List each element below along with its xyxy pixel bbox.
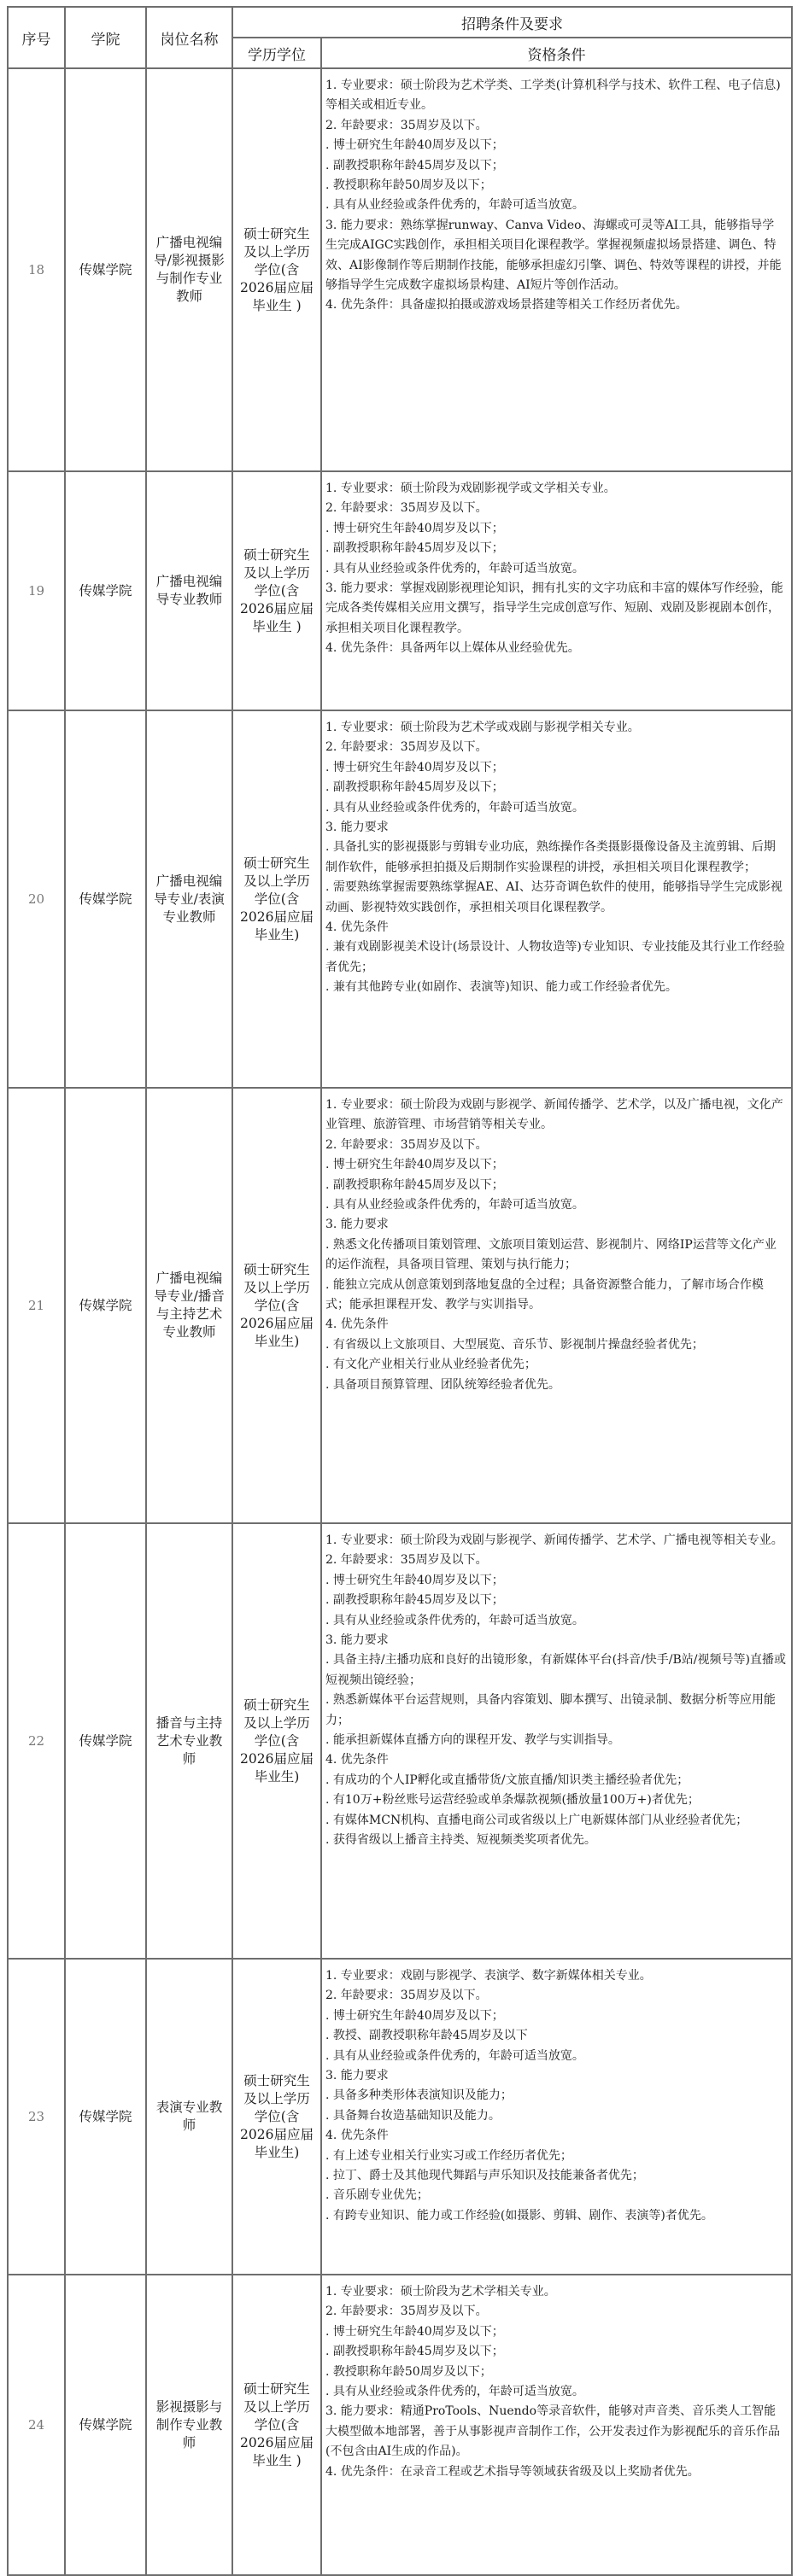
qualification-line: . 博士研究生年龄40周岁及以下； (325, 758, 786, 778)
qualification-line: . 副教授职称年龄45周岁及以下； (325, 1176, 786, 1195)
qualification-line: . 有10万+粉丝账号运营经验或单条爆款视频(播放量100万+)者优先； (325, 1790, 786, 1810)
qualification-line: 2. 年龄要求：35周岁及以下。 (325, 1136, 786, 1155)
qualification-line: . 教授职称年龄50周岁及以下； (325, 2363, 786, 2382)
qualification-line: . 具备项目预算管理、团队统筹经验者优先。 (325, 1376, 786, 1395)
qualification-line: . 获得省级以上播音主持类、短视频类奖项者优先。 (325, 1831, 786, 1850)
qualification-line: . 副教授职称年龄45周岁及以下； (325, 1591, 786, 1610)
qualification-line: 1. 专业要求：硕士阶段为艺术学或戏剧与影视学相关专业。 (325, 718, 786, 738)
qualification-line: . 博士研究生年龄40周岁及以下； (325, 2006, 786, 2026)
qualification-line: . 副教授职称年龄45周岁及以下； (325, 778, 786, 797)
qualification-line: 3. 能力要求 (325, 818, 786, 838)
qualification-line: 2. 年龄要求：35周岁及以下。 (325, 1551, 786, 1570)
qualification-line: . 博士研究生年龄40周岁及以下； (325, 1155, 786, 1175)
qualifications-cell: 1. 专业要求：硕士阶段为戏剧与影视学、新闻传播学、艺术学，以及广播电视，文化产… (321, 1088, 792, 1523)
qualification-line: 4. 优先条件 (325, 918, 786, 938)
qualification-line: . 需要熟练掌握需要熟练掌握AE、AI、达芬奇调色软件的使用，能够指导学生完成影… (325, 878, 786, 918)
qualification-line: . 具备多种类形体表演知识及能力； (325, 2086, 786, 2106)
qualification-line: 2. 年龄要求：35周岁及以下。 (325, 2302, 786, 2322)
education-cell: 硕士研究生及以上学历学位(含2026届应届毕业生 ) (232, 68, 321, 471)
qualification-line: . 有跨专业知识、能力或工作经验(如摄影、剪辑、剧作、表演等)者优先。 (325, 2206, 786, 2226)
qualification-line: 1. 专业要求：硕士阶段为艺术学相关专业。 (325, 2282, 786, 2302)
qualification-line: 1. 专业要求：硕士阶段为戏剧与影视学、新闻传播学、艺术学，以及广播电视，文化产… (325, 1095, 786, 1136)
qualification-line: . 具有从业经验或条件优秀的，年龄可适当放宽。 (325, 196, 786, 215)
college-cell: 传媒学院 (65, 2275, 146, 2534)
seq-cell: 18 (8, 68, 65, 471)
qualification-line: . 具备舞台妆造基础知识及能力。 (325, 2106, 786, 2126)
seq-cell: 23 (8, 1959, 65, 2275)
education-cell: 硕士研究生及以上学历学位(含2026届应届毕业生) (232, 710, 321, 1088)
qualification-line: 3. 能力要求：掌握戏剧影视理论知识，拥有扎实的文字功底和丰富的媒体写作经验，能… (325, 579, 786, 639)
qualification-line: . 博士研究生年龄40周岁及以下； (325, 2322, 786, 2342)
college-cell: 传媒学院 (65, 1088, 146, 1523)
qualification-line: . 副教授职称年龄45周岁及以下； (325, 2342, 786, 2362)
position-cell: 广播电视编导专业/播音与主持艺术专业教师 (146, 1088, 232, 1523)
education-cell: 硕士研究生及以上学历学位(含2026届应届毕业生) (232, 1959, 321, 2275)
table-row: 20传媒学院广播电视编导专业/表演专业教师硕士研究生及以上学历学位(含2026届… (8, 710, 792, 1088)
qualification-line: . 副教授职称年龄45周岁及以下； (325, 539, 786, 558)
table-row: 22传媒学院播音与主持艺术专业教师硕士研究生及以上学历学位(含2026届应届毕业… (8, 1523, 792, 1959)
college-cell: 传媒学院 (65, 68, 146, 471)
qualification-line: . 教授职称年龄50周岁及以下； (325, 176, 786, 196)
education-cell: 硕士研究生及以上学历学位(含2026届应届毕业生 ) (232, 2275, 321, 2534)
qualifications-cell: 1. 专业要求：硕士阶段为戏剧与影视学、新闻传播学、艺术学、广播电视等相关专业。… (321, 1523, 792, 1959)
qualification-line: . 具有从业经验或条件优秀的，年龄可适当放宽。 (325, 798, 786, 818)
qualifications-cell: 1. 专业要求：硕士阶段为戏剧影视学或文学相关专业。2. 年龄要求：35周岁及以… (321, 471, 792, 710)
qualification-line: 3. 能力要求 (325, 1631, 786, 1650)
qualification-line: 1. 专业要求：戏剧与影视学、表演学、数字新媒体相关专业。 (325, 1966, 786, 1986)
recruitment-table-container: 序号 学院 岗位名称 招聘条件及要求 学历学位 资格条件 18传媒学院广播电视编… (7, 6, 793, 2534)
qualification-line: . 熟悉文化传播项目策划管理、文旅项目策划运营、影视制片、网络IP运营等文化产业… (325, 1235, 786, 1276)
qualification-line: 4. 优先条件：在录音工程或艺术指导等领域获省级及以上奖励者优先。 (325, 2462, 786, 2482)
qualifications-cell: 1. 专业要求：硕士阶段为艺术学类、工学类(计算机科学与技术、软件工程、电子信息… (321, 68, 792, 471)
seq-cell: 21 (8, 1088, 65, 1523)
qualification-line: . 博士研究生年龄40周岁及以下； (325, 136, 786, 155)
qualifications-cell: 1. 专业要求：戏剧与影视学、表演学、数字新媒体相关专业。2. 年龄要求：35周… (321, 1959, 792, 2275)
college-cell: 传媒学院 (65, 710, 146, 1088)
qualification-line: . 能独立完成从创意策划到落地复盘的全过程；具备资源整合能力，了解市场合作模式；… (325, 1276, 786, 1316)
qualification-line: 2. 年龄要求：35周岁及以下。 (325, 738, 786, 757)
seq-cell: 20 (8, 710, 65, 1088)
table-row: 24传媒学院影视摄影与制作专业教师硕士研究生及以上学历学位(含2026届应届毕业… (8, 2275, 792, 2534)
position-cell: 影视摄影与制作专业教师 (146, 2275, 232, 2534)
qualification-line: . 有文化产业相关行业从业经验者优先； (325, 1355, 786, 1375)
education-cell: 硕士研究生及以上学历学位(含2026届应届毕业生) (232, 1088, 321, 1523)
qualification-line: . 教授、副教授职称年龄45周岁及以下 (325, 2026, 786, 2046)
qualification-line: . 有省级以上文旅项目、大型展览、音乐节、影视制片操盘经验者优先； (325, 1335, 786, 1355)
qualification-line: . 具有从业经验或条件优秀的，年龄可适当放宽。 (325, 1195, 786, 1215)
seq-cell: 24 (8, 2275, 65, 2534)
position-cell: 播音与主持艺术专业教师 (146, 1523, 232, 1959)
qualification-line: 2. 年龄要求：35周岁及以下。 (325, 499, 786, 518)
qualification-line: 3. 能力要求 (325, 2066, 786, 2086)
college-cell: 传媒学院 (65, 1959, 146, 2275)
qualification-line: . 能承担新媒体直播方向的课程开发、教学与实训指导。 (325, 1731, 786, 1750)
qualification-line: . 有媒体MCN机构、直播电商公司或省级以上广电新媒体部门从业经验者优先； (325, 1811, 786, 1831)
qualification-line: 3. 能力要求：熟练掌握runway、Canva Video、海螺或可灵等AI工… (325, 216, 786, 296)
header-position: 岗位名称 (146, 7, 232, 68)
position-cell: 广播电视编导专业/表演专业教师 (146, 710, 232, 1088)
table-row: 18传媒学院广播电视编导/影视摄影与制作专业教师硕士研究生及以上学历学位(含20… (8, 68, 792, 471)
qualification-line: . 具有从业经验或条件优秀的，年龄可适当放宽。 (325, 1611, 786, 1631)
position-cell: 表演专业教师 (146, 1959, 232, 2275)
table-row: 19传媒学院广播电视编导专业教师硕士研究生及以上学历学位(含2026届应届毕业生… (8, 471, 792, 710)
qualification-line: . 博士研究生年龄40周岁及以下； (325, 519, 786, 539)
qualification-line: . 音乐剧专业优先； (325, 2186, 786, 2205)
qualification-line: . 熟悉新媒体平台运营规则，具备内容策划、脚本撰写、出镜录制、数据分析等应用能力… (325, 1691, 786, 1731)
qualification-line: . 兼有其他跨专业(如剧作、表演等)知识、能力或工作经验者优先。 (325, 978, 786, 997)
qualification-line: 4. 优先条件：具备两年以上媒体从业经验优先。 (325, 639, 786, 658)
qualification-line: 3. 能力要求 (325, 1215, 786, 1235)
education-cell: 硕士研究生及以上学历学位(含2026届应届毕业生) (232, 1523, 321, 1959)
qualification-line: 4. 优先条件：具备虚拟拍摄或游戏场景搭建等相关工作经历者优先。 (325, 295, 786, 315)
recruitment-table: 序号 学院 岗位名称 招聘条件及要求 学历学位 资格条件 18传媒学院广播电视编… (7, 6, 793, 2534)
qualifications-cell: 1. 专业要求：硕士阶段为艺术学或戏剧与影视学相关专业。2. 年龄要求：35周岁… (321, 710, 792, 1088)
position-cell: 广播电视编导/影视摄影与制作专业教师 (146, 68, 232, 471)
header-qualifications: 资格条件 (321, 38, 792, 68)
qualification-line: . 有上述专业相关行业实习或工作经历者优先； (325, 2147, 786, 2166)
header-seq: 序号 (8, 7, 65, 68)
qualification-line: . 拉丁、爵士及其他现代舞蹈与声乐知识及技能兼备者优先； (325, 2166, 786, 2186)
table-row: 23传媒学院表演专业教师硕士研究生及以上学历学位(含2026届应届毕业生)1. … (8, 1959, 792, 2275)
qualification-line: . 有成功的个人IP孵化或直播带货/文旅直播/知识类主播经验者优先； (325, 1771, 786, 1790)
table-body: 18传媒学院广播电视编导/影视摄影与制作专业教师硕士研究生及以上学历学位(含20… (8, 68, 792, 2534)
qualification-line: . 副教授职称年龄45周岁及以下； (325, 156, 786, 176)
qualification-line: 2. 年龄要求：35周岁及以下。 (325, 1986, 786, 2006)
seq-cell: 22 (8, 1523, 65, 1959)
qualification-line: 4. 优先条件 (325, 2126, 786, 2146)
header-college: 学院 (65, 7, 146, 68)
qualification-line: . 具有从业经验或条件优秀的，年龄可适当放宽。 (325, 559, 786, 579)
education-cell: 硕士研究生及以上学历学位(含2026届应届毕业生 ) (232, 471, 321, 710)
college-cell: 传媒学院 (65, 1523, 146, 1959)
table-row: 21传媒学院广播电视编导专业/播音与主持艺术专业教师硕士研究生及以上学历学位(含… (8, 1088, 792, 1523)
qualification-line: . 兼有戏剧影视美术设计(场景设计、人物妆造等)专业知识、专业技能及其行业工作经… (325, 938, 786, 978)
qualification-line: 1. 专业要求：硕士阶段为戏剧影视学或文学相关专业。 (325, 479, 786, 499)
header-requirements-group: 招聘条件及要求 (232, 7, 792, 38)
qualification-line: . 具有从业经验或条件优秀的，年龄可适当放宽。 (325, 2382, 786, 2402)
position-cell: 广播电视编导专业教师 (146, 471, 232, 710)
qualification-line: 4. 优先条件 (325, 1315, 786, 1335)
qualification-line: 3. 能力要求：精通ProTools、Nuendo等录音软件，能够对声音类、音乐… (325, 2402, 786, 2462)
college-cell: 传媒学院 (65, 471, 146, 710)
seq-cell: 19 (8, 471, 65, 710)
qualification-line: 1. 专业要求：硕士阶段为戏剧与影视学、新闻传播学、艺术学、广播电视等相关专业。 (325, 1531, 786, 1551)
qualification-line: . 具有从业经验或条件优秀的，年龄可适当放宽。 (325, 2047, 786, 2066)
qualification-line: 1. 专业要求：硕士阶段为艺术学类、工学类(计算机科学与技术、软件工程、电子信息… (325, 76, 786, 116)
header-education: 学历学位 (232, 38, 321, 68)
qualification-line: 4. 优先条件 (325, 1750, 786, 1770)
qualification-line: . 具备主持/主播功底和良好的出镜形象，有新媒体平台(抖音/快手/B站/视频号等… (325, 1650, 786, 1691)
qualification-line: . 博士研究生年龄40周岁及以下； (325, 1571, 786, 1591)
qualification-line: 2. 年龄要求：35周岁及以下。 (325, 116, 786, 136)
qualifications-cell: 1. 专业要求：硕士阶段为艺术学相关专业。2. 年龄要求：35周岁及以下。. 博… (321, 2275, 792, 2534)
qualification-line: . 具备扎实的影视摄影与剪辑专业功底，熟练操作各类摄影摄像设备及主流剪辑、后期制… (325, 838, 786, 878)
